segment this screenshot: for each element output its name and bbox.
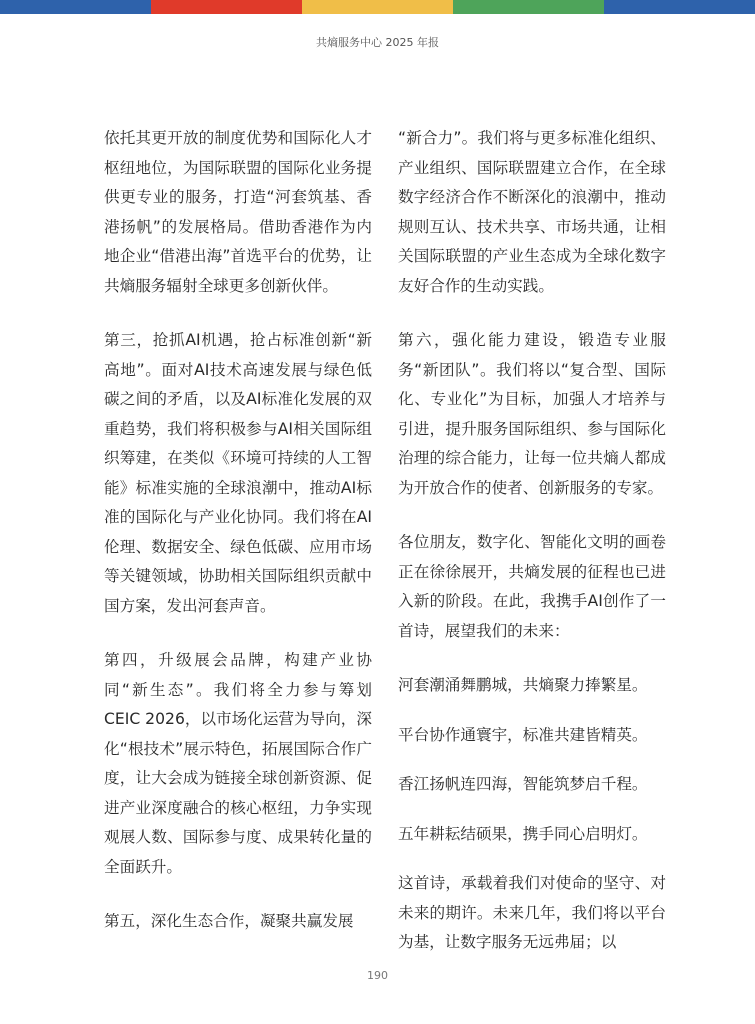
paragraph: 这首诗，承载着我们对使命的坚守、对未来的期许。未来几年，我们将以平台为基，让数字… <box>398 869 666 958</box>
right-column: “新合力”。我们将与更多标准化组织、产业组织、国际联盟建立合作，在全球数字经济合… <box>398 124 666 983</box>
color-band-segment <box>453 0 604 14</box>
paragraph: 第五，深化生态合作，凝聚共赢发展 <box>104 907 372 937</box>
color-band <box>0 0 755 14</box>
page-number: 190 <box>0 969 755 982</box>
color-band-segment <box>0 0 151 14</box>
paragraph: 第三，抢抓AI机遇，抢占标准创新“新高地”。面对AI技术高速发展与绿色低碳之间的… <box>104 326 372 621</box>
poem-line: 五年耕耘结硕果，携手同心启明灯。 <box>398 820 666 850</box>
left-column: 依托其更开放的制度优势和国际化人才枢纽地位，为国际联盟的国际化业务提供更专业的服… <box>104 124 372 962</box>
running-header: 共熵服务中心 2025 年报 <box>0 34 755 50</box>
paragraph: 第六，强化能力建设，锻造专业服务“新团队”。我们将以“复合型、国际化、专业化”为… <box>398 326 666 503</box>
paragraph: 第四，升级展会品牌，构建产业协同“新生态”。我们将全力参与筹划CEIC 2026… <box>104 646 372 882</box>
paragraph: “新合力”。我们将与更多标准化组织、产业组织、国际联盟建立合作，在全球数字经济合… <box>398 124 666 301</box>
color-band-segment <box>151 0 302 14</box>
poem-line: 平台协作通寰宇，标准共建皆精英。 <box>398 721 666 751</box>
color-band-segment <box>604 0 755 14</box>
poem-line: 河套潮涌舞鹏城，共熵聚力捧繁星。 <box>398 671 666 701</box>
paragraph: 各位朋友，数字化、智能化文明的画卷正在徐徐展开，共熵发展的征程也已进入新的阶段。… <box>398 528 666 646</box>
color-band-segment <box>302 0 453 14</box>
poem-line: 香江扬帆连四海，智能筑梦启千程。 <box>398 770 666 800</box>
paragraph: 依托其更开放的制度优势和国际化人才枢纽地位，为国际联盟的国际化业务提供更专业的服… <box>104 124 372 301</box>
